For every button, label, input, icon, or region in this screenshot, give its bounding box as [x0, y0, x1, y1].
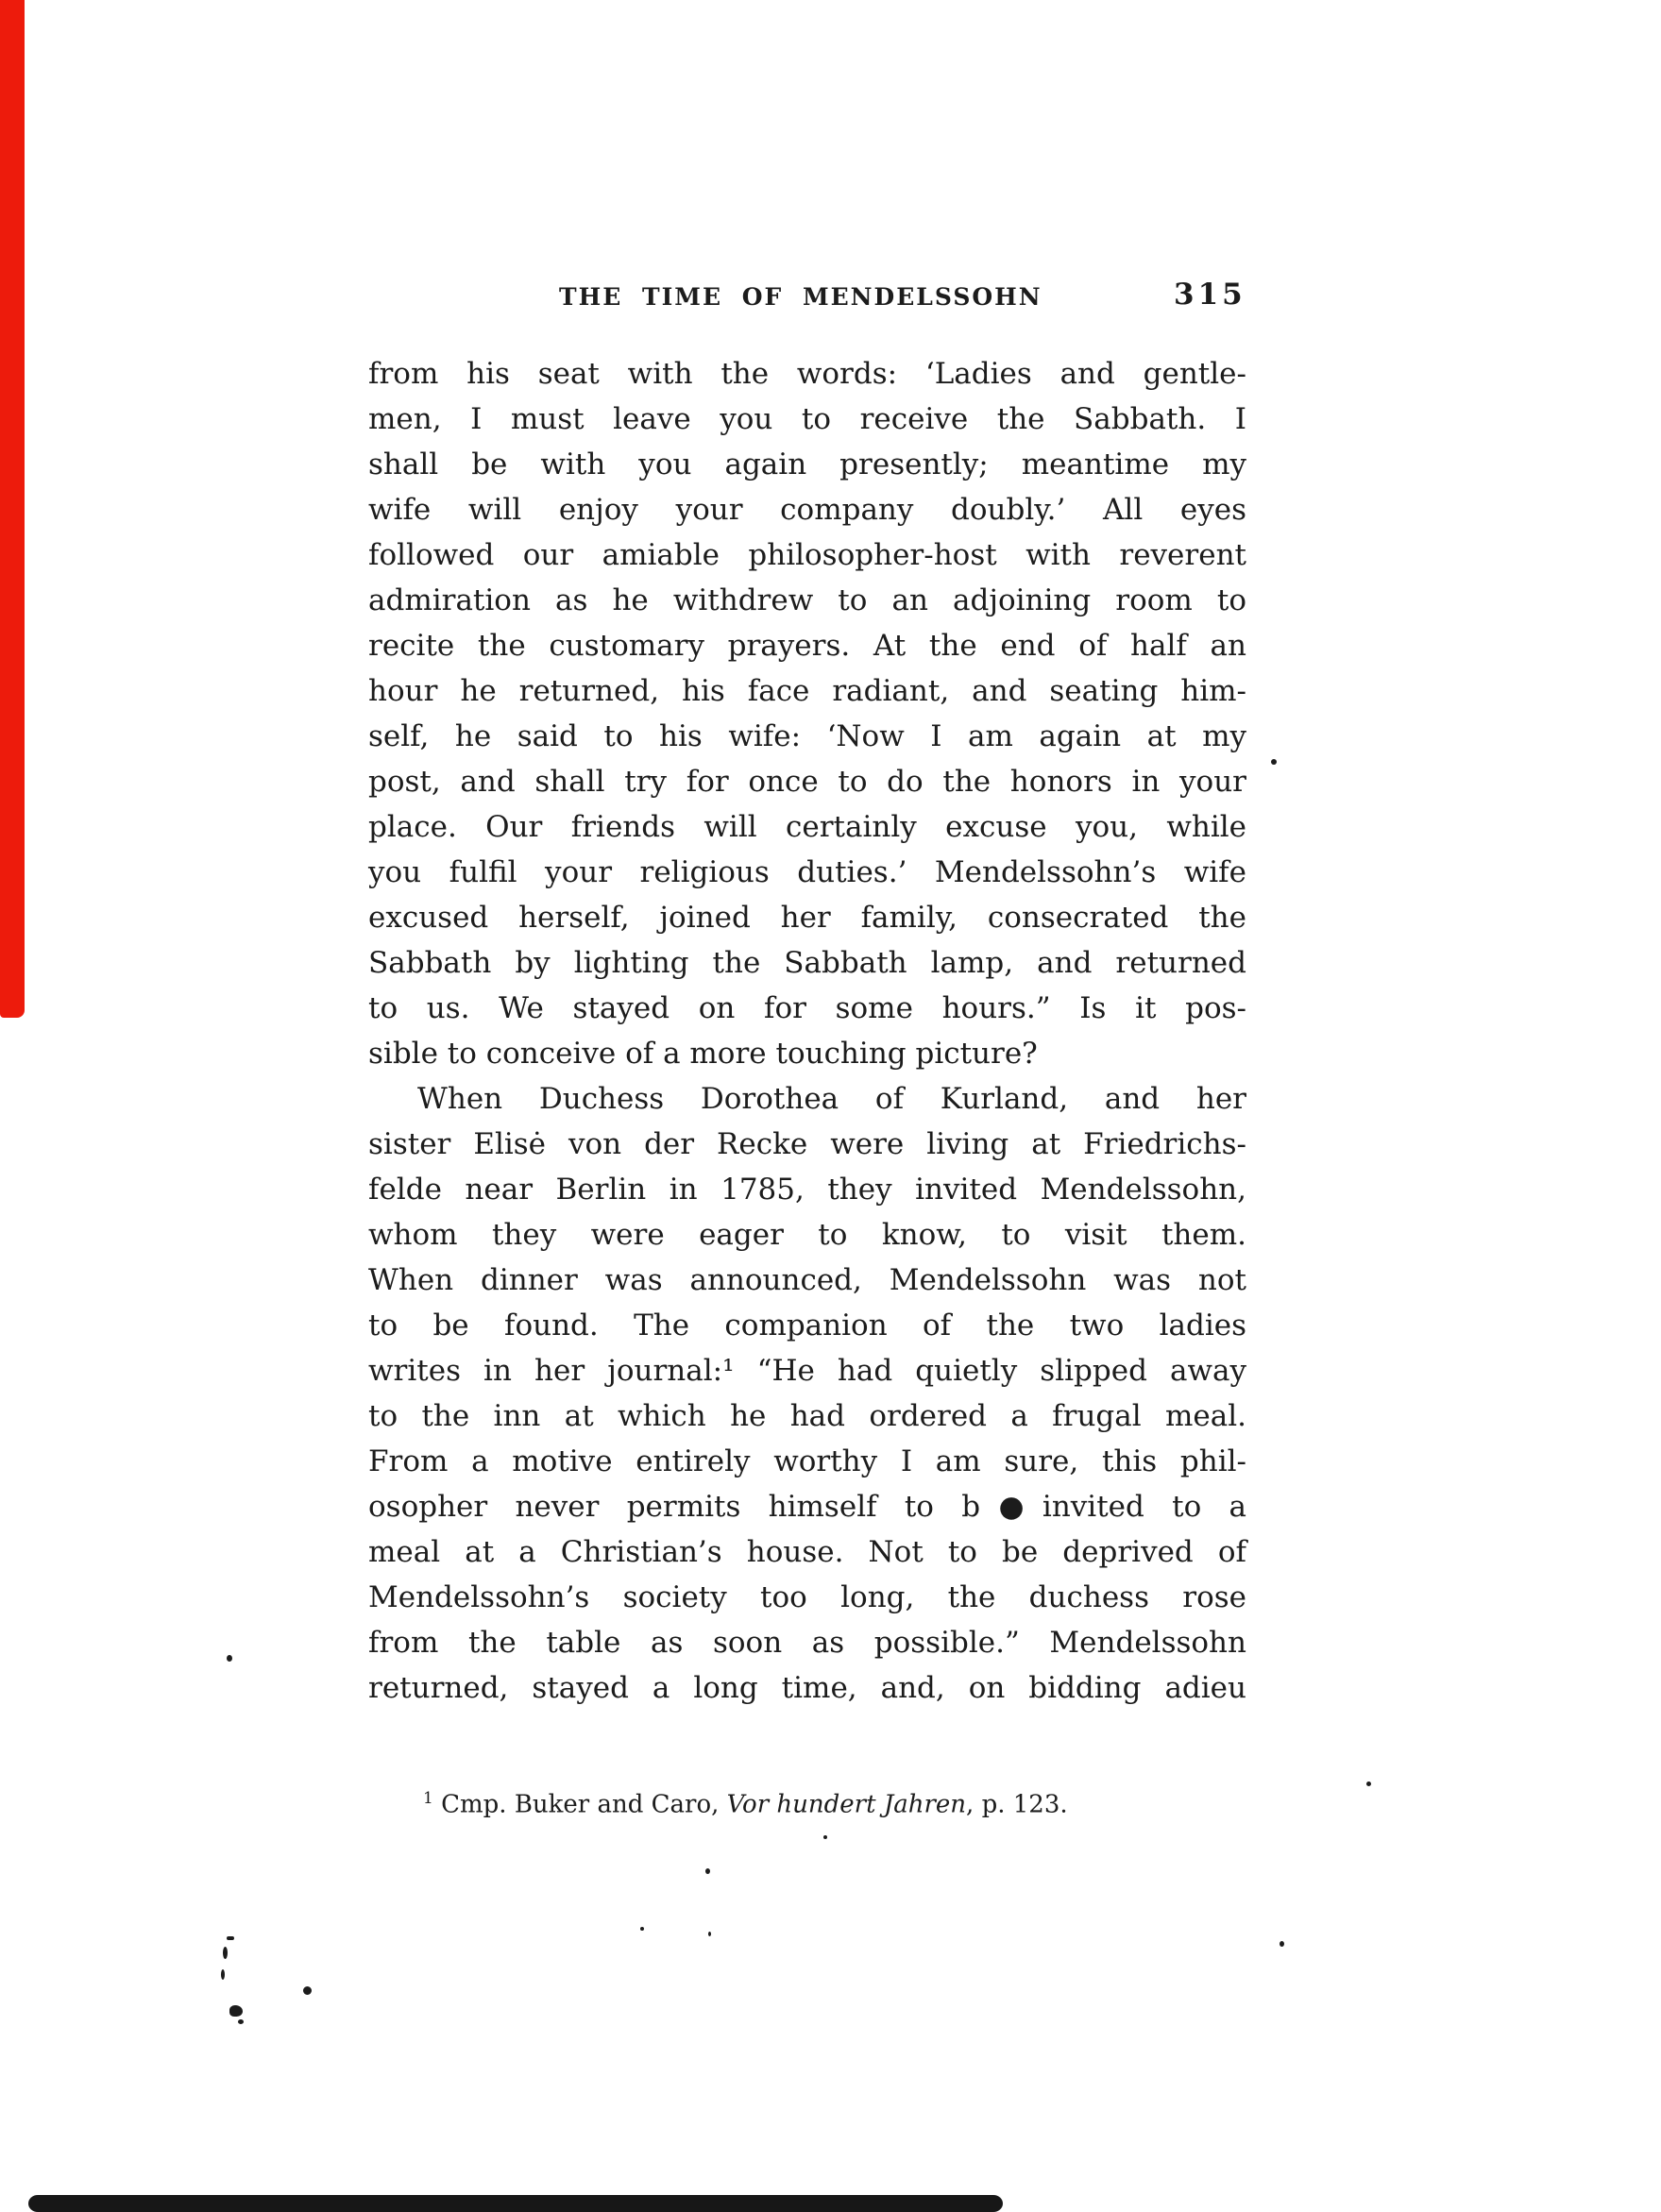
- body-line: returned, stayed a long time, and, on bi…: [368, 1665, 1246, 1711]
- body-line: admiration as he withdrew to an adjoinin…: [368, 578, 1246, 623]
- book-page-scan: THE TIME OF MENDELSSOHN 315 from his sea…: [0, 0, 1661, 2212]
- footnote-text-after: , p. 123.: [966, 1791, 1068, 1819]
- scan-speck: [227, 1655, 232, 1662]
- body-line: felde near Berlin in 1785, they invited …: [368, 1167, 1246, 1212]
- body-line: place. Our friends will certainly excuse…: [368, 804, 1246, 850]
- red-stripe-artifact: [0, 0, 25, 1018]
- scan-speck: [223, 1947, 228, 1959]
- body-line: meal at a Christian’s house. Not to be d…: [368, 1529, 1246, 1575]
- body-line: excused herself, joined her family, cons…: [368, 895, 1246, 940]
- body-line: sible to conceive of a more touching pic…: [368, 1031, 1246, 1076]
- body-line: osopher never permits himself to b●invit…: [368, 1484, 1246, 1529]
- scan-speck: [823, 1835, 827, 1839]
- scan-speck: [238, 2019, 244, 2024]
- scan-speck: [640, 1927, 644, 1931]
- body-line: from his seat with the words: ‘Ladies an…: [368, 351, 1246, 397]
- body-line: Sabbath by lighting the Sabbath lamp, an…: [368, 940, 1246, 986]
- body-line: wife will enjoy your company doubly.’ Al…: [368, 487, 1246, 532]
- body-line: hour he returned, his face radiant, and …: [368, 668, 1246, 714]
- body-line: followed our amiable philosopher-host wi…: [368, 532, 1246, 578]
- scan-speck: [1366, 1781, 1371, 1786]
- body-text: from his seat with the words: ‘Ladies an…: [368, 351, 1246, 1711]
- scan-dash: [227, 1936, 234, 1940]
- body-line: writes in her journal:¹ “He had quietly …: [368, 1348, 1246, 1393]
- body-line: sister Elisė von der Recke were living a…: [368, 1122, 1246, 1167]
- footnote: 1 Cmp. Buker and Caro, Vor hundert Jahre…: [423, 1782, 1068, 1821]
- body-line: shall be with you again presently; meant…: [368, 442, 1246, 487]
- page-number: 315: [1174, 278, 1246, 312]
- footnote-text-before: Cmp. Buker and Caro,: [433, 1791, 727, 1819]
- body-line: recite the customary prayers. At the end…: [368, 623, 1246, 668]
- body-line: from the table as soon as possible.” Men…: [368, 1620, 1246, 1665]
- black-bar-artifact: [28, 2195, 1003, 2212]
- scan-speck: [1280, 1941, 1284, 1947]
- body-line: to the inn at which he had ordered a fru…: [368, 1393, 1246, 1439]
- scan-speck: [705, 1868, 710, 1874]
- footnote-marker: 1: [423, 1789, 433, 1808]
- body-line: When dinner was announced, Mendelssohn w…: [368, 1258, 1246, 1303]
- scan-blob: [229, 2005, 243, 2017]
- scan-speck: [1271, 759, 1277, 765]
- body-line: to us. We stayed on for some hours.” Is …: [368, 986, 1246, 1031]
- scan-speck: [708, 1932, 711, 1936]
- body-line: you fulfil your religious duties.’ Mende…: [368, 850, 1246, 895]
- body-line: to be found. The companion of the two la…: [368, 1303, 1246, 1348]
- body-line: self, he said to his wife: ‘Now I am aga…: [368, 714, 1246, 759]
- scan-speck: [221, 1969, 225, 1980]
- body-line: Mendelssohn’s society too long, the duch…: [368, 1575, 1246, 1620]
- footnote-book-title: Vor hundert Jahren: [727, 1791, 966, 1819]
- body-line: whom they were eager to know, to visit t…: [368, 1212, 1246, 1258]
- running-head-title: THE TIME OF MENDELSSOHN: [559, 283, 1042, 311]
- body-line: men, I must leave you to receive the Sab…: [368, 397, 1246, 442]
- body-line: When Duchess Dorothea of Kurland, and he…: [368, 1076, 1246, 1122]
- body-line: post, and shall try for once to do the h…: [368, 759, 1246, 804]
- body-line: From a motive entirely worthy I am sure,…: [368, 1439, 1246, 1484]
- scan-speck: [303, 1986, 312, 1995]
